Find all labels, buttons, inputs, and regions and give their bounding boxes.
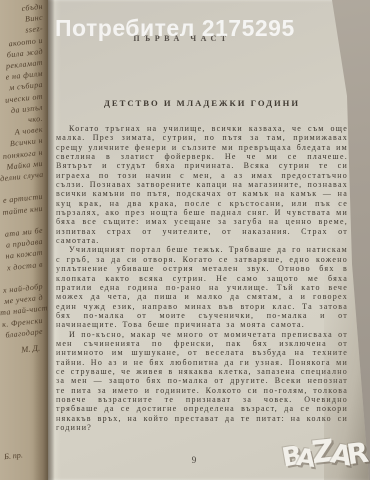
user-overlay-label: Потребител 2175295	[55, 15, 295, 42]
body-text: Когато тръгнах на училище, всички казвах…	[56, 124, 348, 432]
facing-page-text-column: сбъднВинсssez-акоото ибила жадрекламате …	[0, 0, 52, 339]
facing-page-signature: М. Д.	[0, 341, 52, 356]
watermark-letter: R	[345, 436, 370, 472]
chapter-title: ДЕТСТВО И МЛАДЕЖКИ ГОДИНИ	[56, 98, 348, 108]
book-page: ПЪРВА ЧАСТ ДЕТСТВО И МЛАДЕЖКИ ГОДИНИ Ког…	[0, 0, 370, 480]
book-photo: сбъднВинсssez-акоото ибила жадрекламате …	[0, 0, 370, 480]
body-paragraph: Училищният портал беше тежък. Трябваше д…	[56, 245, 348, 329]
facing-page-footnote-mark: Б. пр.	[0, 447, 52, 461]
body-paragraph: И по-късно, макар че много от момичетата…	[56, 330, 348, 433]
facing-page: сбъднВинсssez-акоото ибила жадрекламате …	[0, 0, 52, 480]
bazar-watermark-logo: BAZAR	[284, 436, 367, 472]
body-paragraph: Когато тръгнах на училище, всички казвах…	[56, 124, 348, 245]
